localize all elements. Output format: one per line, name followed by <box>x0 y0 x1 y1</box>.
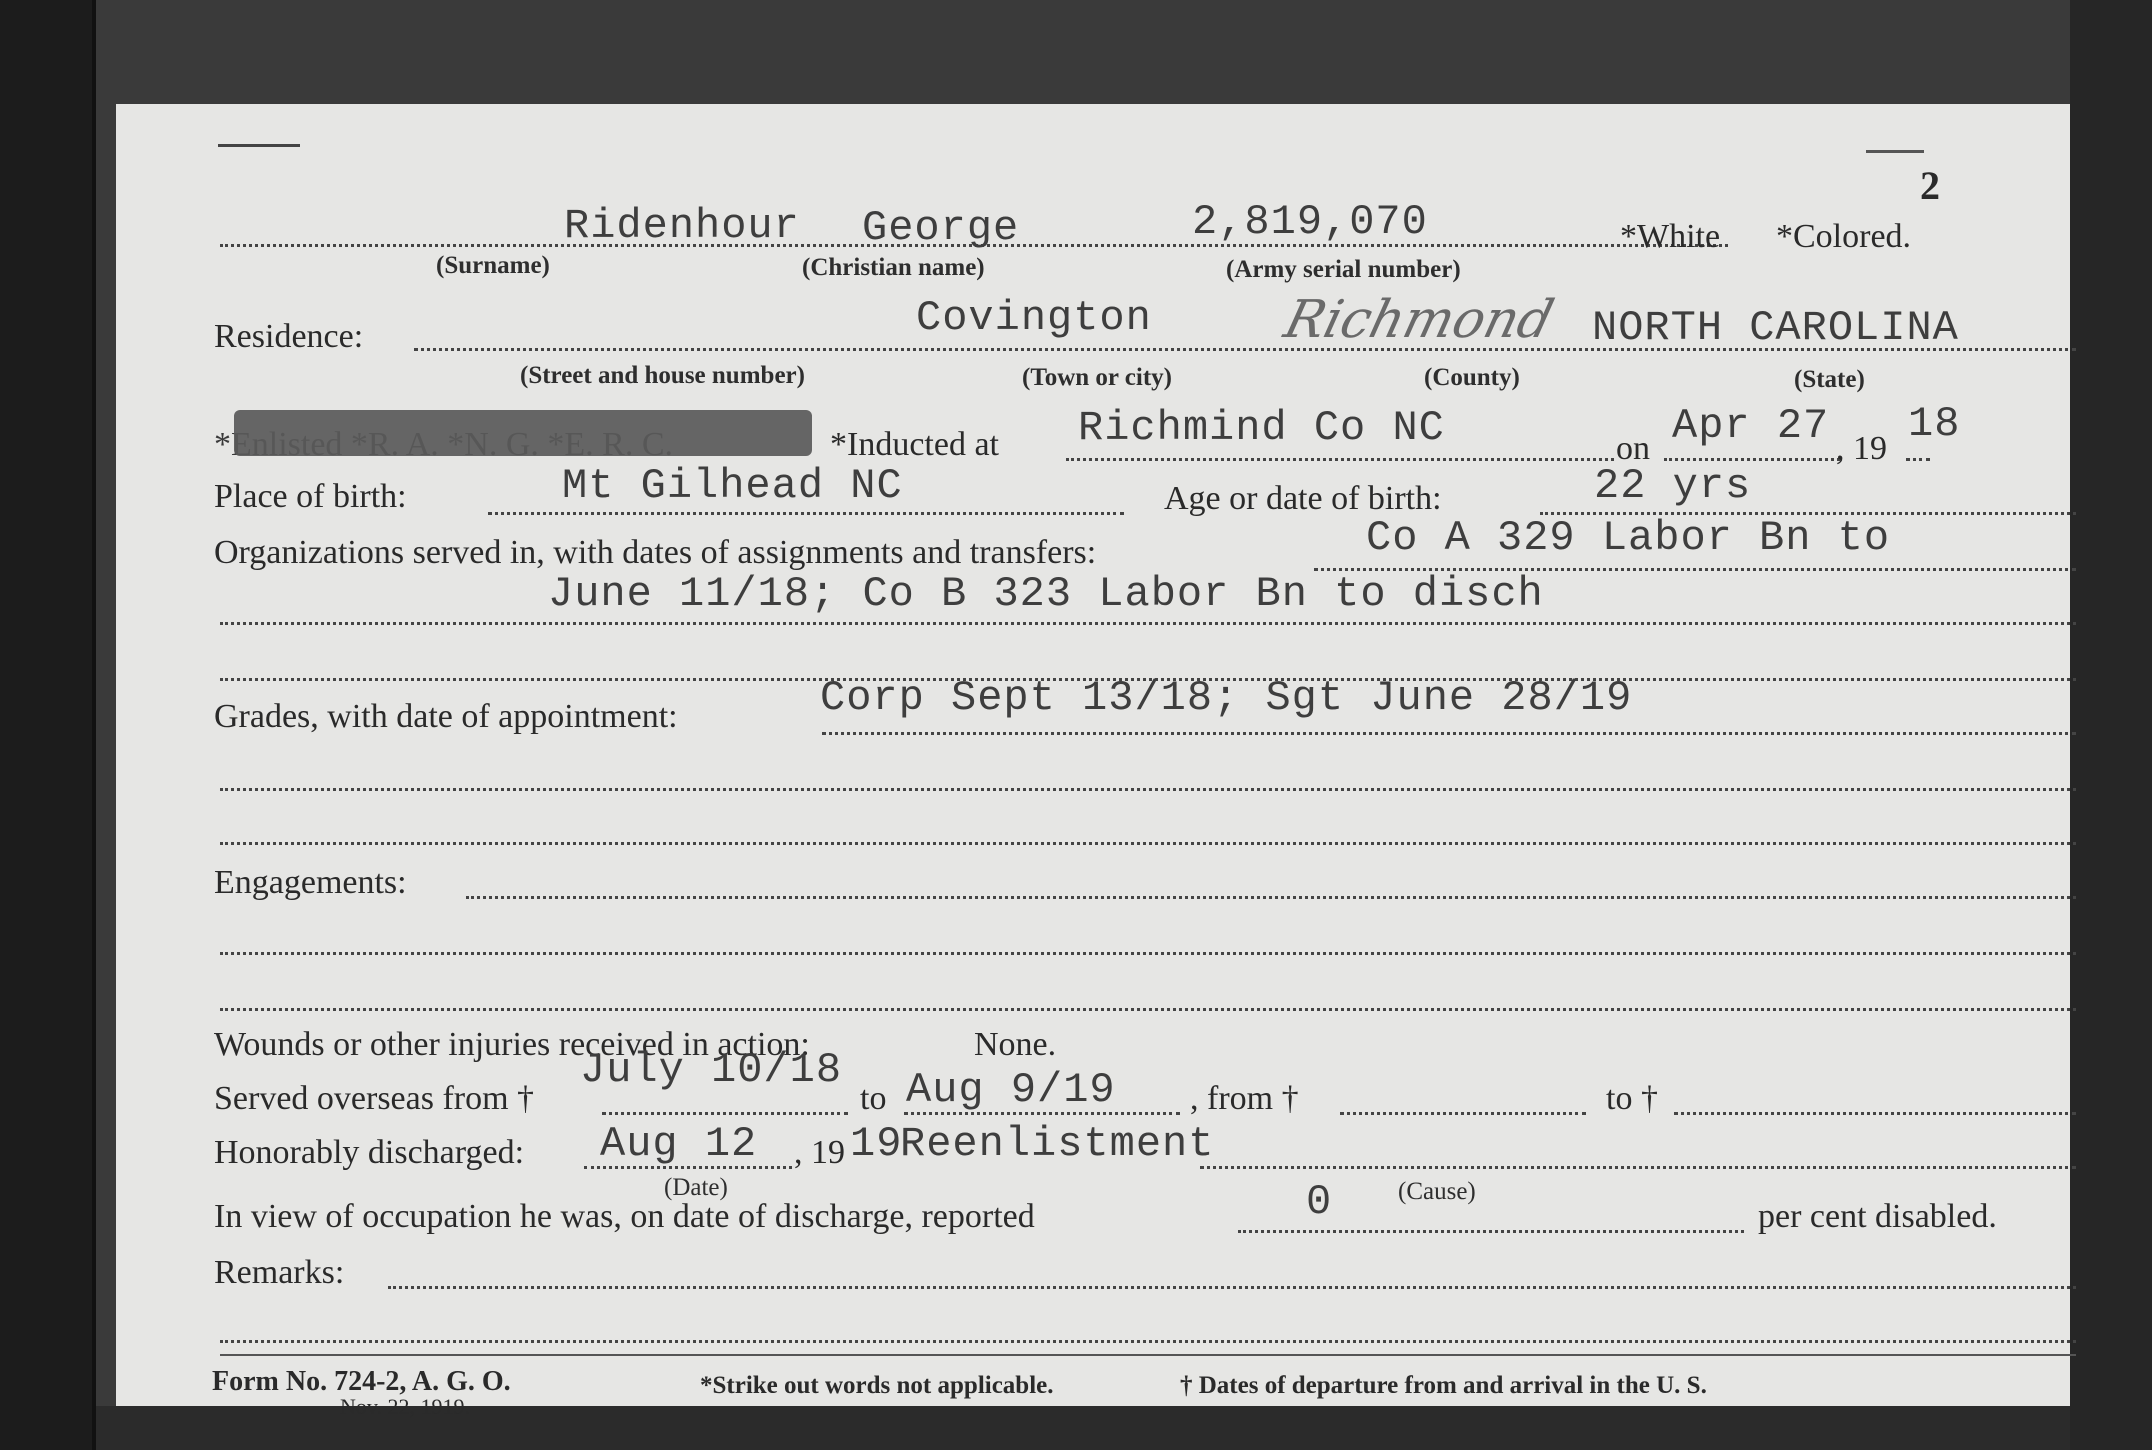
surname-caption: (Surname) <box>436 252 550 280</box>
inducted-year-line <box>1906 458 1930 461</box>
inducted-year-prefix: , 19 <box>1836 430 1887 468</box>
overseas-to-value: Aug 9/19 <box>906 1066 1116 1114</box>
place-of-birth-label: Place of birth: <box>214 478 407 516</box>
dagger-note: † Dates of departure from and arrival in… <box>1180 1372 1707 1400</box>
overseas-from-label: Served overseas from † <box>214 1080 534 1118</box>
overseas-from-line <box>602 1112 848 1115</box>
engagements-label: Engagements: <box>214 864 407 902</box>
remarks-line-2 <box>220 1340 2076 1343</box>
form-date: Nov. 22, 1919. <box>340 1394 470 1420</box>
surname-value: Ridenhour <box>564 202 800 250</box>
overseas-to-label: to <box>860 1080 886 1118</box>
grades-value-1: Corp Sept 13/18; Sgt June 28/19 <box>820 674 1632 722</box>
overseas-from2-label: , from † <box>1190 1080 1299 1118</box>
residence-town-value: Covington <box>916 294 1152 342</box>
discharge-year-prefix: , 19 <box>794 1134 845 1172</box>
county-caption: (County) <box>1424 364 1520 392</box>
place-of-birth-value: Mt Gilhead NC <box>562 462 903 510</box>
christian-name-value: George <box>862 204 1019 252</box>
discharge-cause-caption: (Cause) <box>1398 1178 1476 1206</box>
service-record-card: 2 Ridenhour George 2,819,070 *White *Col… <box>116 104 2070 1406</box>
wounds-value: None. <box>974 1026 1056 1064</box>
scanner-left-edge <box>92 0 96 1450</box>
age-value: 22 yrs <box>1594 462 1751 510</box>
organizations-label: Organizations served in, with dates of a… <box>214 534 1096 572</box>
discharge-label: Honorably discharged: <box>214 1134 524 1172</box>
residence-county-value: Richmond <box>1279 290 1560 350</box>
engagements-line-2 <box>220 952 2076 955</box>
inducted-place-value: Richmind Co NC <box>1078 404 1445 452</box>
inducted-date-line <box>1664 458 1840 461</box>
grades-line-3 <box>220 842 2076 845</box>
page-number: 2 <box>1920 162 1940 209</box>
discharge-date-value: Aug 12 <box>600 1120 757 1168</box>
street-caption: (Street and house number) <box>520 362 805 390</box>
engagements-line-3 <box>220 1008 2076 1011</box>
grades-label: Grades, with date of appointment: <box>214 698 678 736</box>
overseas-to2-line <box>1674 1112 2076 1115</box>
disability-label: In view of occupation he was, on date of… <box>214 1198 1035 1236</box>
inducted-at-label: *Inducted at <box>830 426 999 464</box>
serial-number-value: 2,819,070 <box>1192 198 1428 246</box>
organizations-value-2: June 11/18; Co B 323 Labor Bn to disch <box>548 570 1544 618</box>
remarks-label: Remarks: <box>214 1254 344 1292</box>
overseas-from-value: July 10/18 <box>580 1046 842 1094</box>
residence-state-value: NORTH CAROLINA <box>1592 304 1959 352</box>
footer-rule <box>220 1354 2076 1356</box>
town-caption: (Town or city) <box>1022 364 1172 392</box>
grades-line-1 <box>822 732 2076 735</box>
age-label: Age or date of birth: <box>1164 480 1442 518</box>
serial-caption: (Army serial number) <box>1226 256 1461 284</box>
strike-out-note: *Strike out words not applicable. <box>700 1372 1054 1400</box>
race-colored-option: *Colored. <box>1776 218 1911 256</box>
race-white-option: *White <box>1620 218 1720 256</box>
overseas-from2-line <box>1340 1112 1586 1115</box>
organizations-line-2 <box>220 622 2076 625</box>
christian-name-caption: (Christian name) <box>802 254 985 282</box>
inducted-year-value: 18 <box>1908 400 1960 448</box>
inducted-at-line <box>1066 458 1614 461</box>
remarks-line-1 <box>388 1286 2076 1289</box>
organizations-value-1: Co A 329 Labor Bn to <box>1366 514 1890 562</box>
discharge-year-value: 19 <box>850 1120 902 1168</box>
residence-label: Residence: <box>214 318 363 356</box>
scanner-left-margin <box>0 0 92 1450</box>
grades-line-2 <box>220 788 2076 791</box>
disability-suffix: per cent disabled. <box>1758 1198 1997 1236</box>
top-left-dash <box>218 144 300 147</box>
strikeout-redaction <box>234 410 812 456</box>
discharge-cause-line <box>1200 1166 2076 1169</box>
state-caption: (State) <box>1794 366 1865 394</box>
top-right-dash <box>1866 150 1924 153</box>
engagements-line-1 <box>466 896 2076 899</box>
disability-percent-value: 0 <box>1306 1178 1332 1226</box>
place-of-birth-line <box>488 512 1124 515</box>
discharge-cause-value: Reenlistment <box>900 1120 1214 1168</box>
inducted-date-value: Apr 27 <box>1672 402 1829 450</box>
overseas-to2-label: to † <box>1606 1080 1658 1118</box>
scanner-right-margin <box>2070 0 2152 1450</box>
disability-line <box>1238 1230 1744 1233</box>
